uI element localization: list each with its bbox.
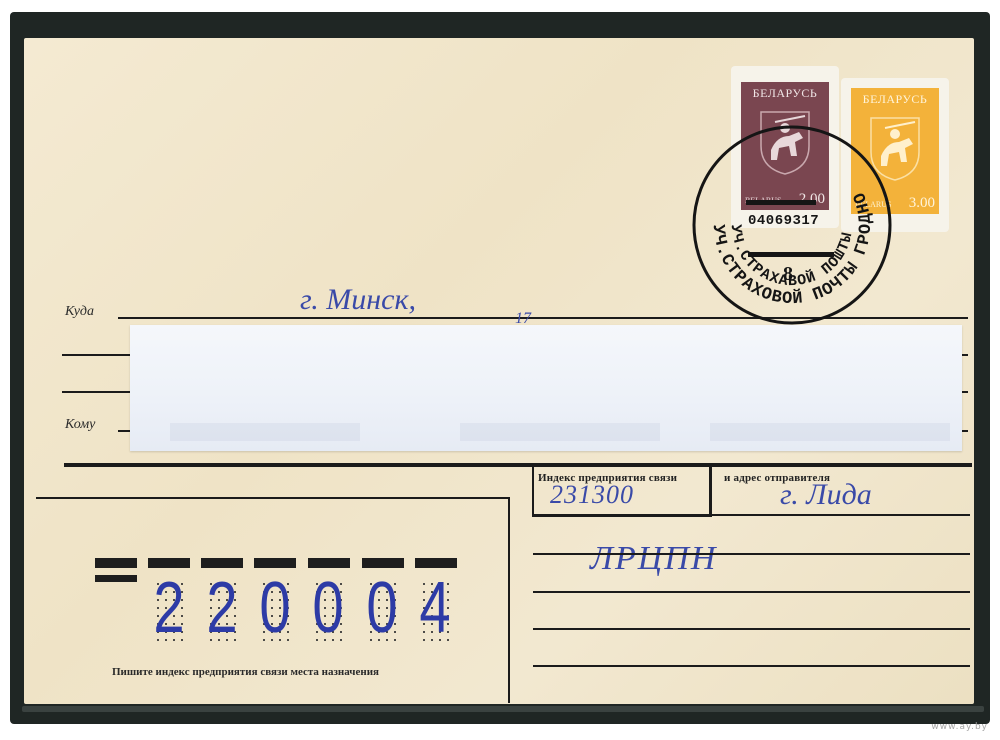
index-caption: Пишите индекс предприятия связи места на… [112, 666, 379, 678]
index-digit: 4 [417, 568, 453, 648]
index-digit: 0 [310, 568, 346, 648]
index-marker-dash [148, 558, 190, 568]
index-marker-dash [95, 575, 137, 582]
index-digit: 2 [151, 568, 187, 648]
index-digit: 2 [204, 568, 240, 648]
sender-line-5 [533, 665, 970, 667]
sender-line-4 [533, 628, 970, 630]
postmark-date: 04069317 [748, 213, 819, 229]
separator-vertical [508, 497, 510, 703]
redaction-label [130, 325, 962, 451]
sender-name: ЛРЦПН [590, 540, 717, 578]
backing-edge [22, 706, 984, 712]
recipient-city: г. Минск, [300, 283, 416, 317]
index-digit: 0 [257, 568, 293, 648]
sender-line-3 [533, 591, 970, 593]
index-marker-dash [415, 558, 457, 568]
index-marker-dash [308, 558, 350, 568]
index-digit: 0 [364, 568, 400, 648]
sender-city: г. Лида [780, 478, 872, 512]
sender-index-value: 231300 [550, 480, 634, 510]
redaction-ghost-text [460, 423, 660, 441]
stamp-value: 3.00 [909, 195, 935, 212]
index-marker-dash [201, 558, 243, 568]
sender-line-2 [533, 553, 970, 555]
stamp-country: БЕЛАРУСЬ [851, 92, 939, 107]
index-marker-dash [254, 558, 296, 568]
watermark: www.ay.by [931, 722, 988, 732]
redaction-ghost-text [710, 423, 950, 441]
separator-index-area [36, 497, 509, 499]
label-to-where: Куда [65, 304, 94, 320]
separator-thick [64, 463, 972, 467]
redaction-ghost-text [170, 423, 360, 441]
label-to-whom: Кому [65, 417, 95, 433]
index-marker-dash [95, 558, 137, 568]
stamp-country: БЕЛАРУСЬ [741, 86, 829, 101]
sender-line-1 [712, 514, 970, 516]
index-marker-dash [362, 558, 404, 568]
postmark-number: 8 [783, 263, 793, 285]
